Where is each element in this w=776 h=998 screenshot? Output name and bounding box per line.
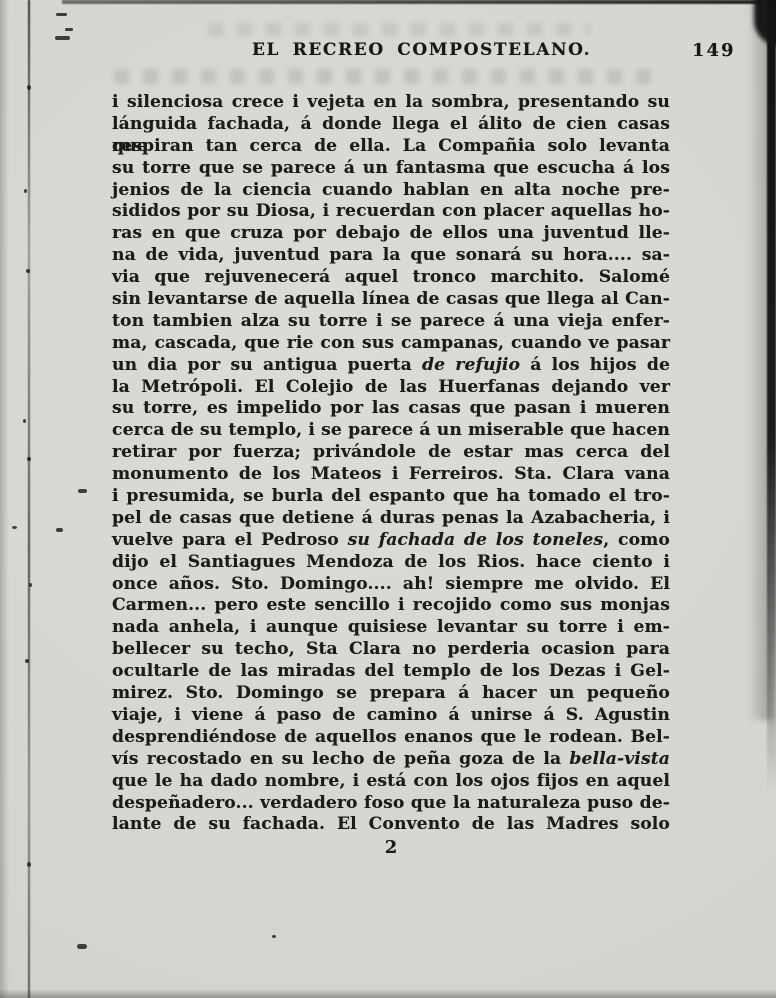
text-line: via que rejuvenecerá aquel tronco marchi… (112, 267, 670, 289)
page-number: 149 (692, 40, 736, 61)
text-line: once años. Sto. Domingo.... ah! siempre … (112, 574, 670, 596)
text-line: vuelve para el Pedroso su fachada de los… (112, 530, 670, 552)
text-line: i silenciosa crece i vejeta en la sombra… (112, 92, 670, 114)
text-line: cerca de su templo, i se parece á un mis… (112, 420, 670, 442)
text-line: nada anhela, i aunque quisiese levantar … (112, 617, 670, 639)
text-line: despeñadero... verdadero foso que la nat… (112, 793, 670, 815)
text-line: respiran tan cerca de ella. La Compañia … (112, 136, 670, 158)
text-line: na de vida, juventud para la que sonará … (112, 245, 670, 267)
text-line: su torre, es impelido por las casas que … (112, 398, 670, 420)
text-line: ocultarle de las miradas del templo de l… (112, 661, 670, 683)
gutter-fold-line (28, 0, 30, 998)
text-line: ton tambien alza su torre i se parece á … (112, 311, 670, 333)
scan-bottom-shade (0, 989, 776, 998)
ink-speck (29, 583, 32, 587)
ink-speck (24, 189, 27, 193)
show-through-smudge (208, 23, 590, 36)
text-line: desprendiéndose de aquellos enanos que l… (112, 727, 670, 749)
show-through-smudge (114, 69, 656, 84)
text-line: Carmen... pero este sencillo i recojido … (112, 595, 670, 617)
italic-phrase: de refujio (422, 355, 520, 375)
ink-speck (25, 659, 29, 663)
text-line: pel de casas que detiene á duras penas l… (112, 508, 670, 530)
italic-phrase: su fachada de los toneles (348, 530, 604, 550)
text-line: sididos por su Diosa, i recuerdan con pl… (112, 201, 670, 223)
text-line: su torre que se parece á un fantasma que… (112, 158, 670, 180)
ink-speck (27, 862, 31, 867)
ink-speck (77, 944, 87, 949)
scanned-book-page: EL RECREO COMPOSTELANO. 149 i silenciosa… (0, 0, 776, 998)
text-line: jenios de la ciencia cuando hablan en al… (112, 180, 670, 202)
signature-mark: 2 (112, 837, 670, 858)
italic-phrase: bella-vista (569, 749, 670, 769)
ink-speck (26, 269, 30, 273)
text-line: sin levantarse de aquella línea de casas… (112, 289, 670, 311)
text-line: ras en que cruza por debajo de ellos una… (112, 223, 670, 245)
text-line: bellecer su techo, Sta Clara no perderia… (112, 639, 670, 661)
scan-left-edge-shade (0, 0, 9, 998)
text-line: lante de su fachada. El Convento de las … (112, 814, 670, 836)
ink-speck (12, 526, 17, 529)
ink-speck (78, 489, 87, 493)
text-line: ma, cascada, que rie con sus campanas, c… (112, 333, 670, 355)
text-line: dijo el Santiagues Mendoza de los Rios. … (112, 552, 670, 574)
text-line: un dia por su antigua puerta de refujio … (112, 355, 670, 377)
ink-speck (27, 457, 31, 461)
text-line: i presumida, se burla del espanto que ha… (112, 486, 670, 508)
ink-speck (27, 85, 31, 90)
text-line: monumento de los Mateos i Ferreiros. Sta… (112, 464, 670, 486)
body-text: i silenciosa crece i vejeta en la sombra… (112, 92, 670, 836)
ink-speck (55, 36, 70, 40)
text-line: mirez. Sto. Domingo se prepara á hacer u… (112, 683, 670, 705)
text-line: vís recostado en su lecho de peña goza d… (112, 749, 670, 771)
ink-speck (272, 935, 276, 938)
text-line: viaje, i viene á paso de camino á unirse… (112, 705, 670, 727)
running-header: EL RECREO COMPOSTELANO. 149 (112, 40, 712, 66)
text-line: lánguida fachada, á donde llega el álito… (112, 114, 670, 136)
scan-top-edge (62, 0, 776, 4)
text-line: que le ha dado nombre, i está con los oj… (112, 771, 670, 793)
ink-speck (23, 419, 26, 423)
text-line: retirar por fuerza; privándole de estar … (112, 442, 670, 464)
ink-speck (65, 28, 73, 31)
ink-speck (56, 13, 67, 16)
ink-speck (56, 528, 63, 532)
header-title: EL RECREO COMPOSTELANO. (252, 40, 591, 60)
scan-right-edge (767, 0, 776, 792)
text-line: la Metrópoli. El Colejio de las Huerfana… (112, 377, 670, 399)
